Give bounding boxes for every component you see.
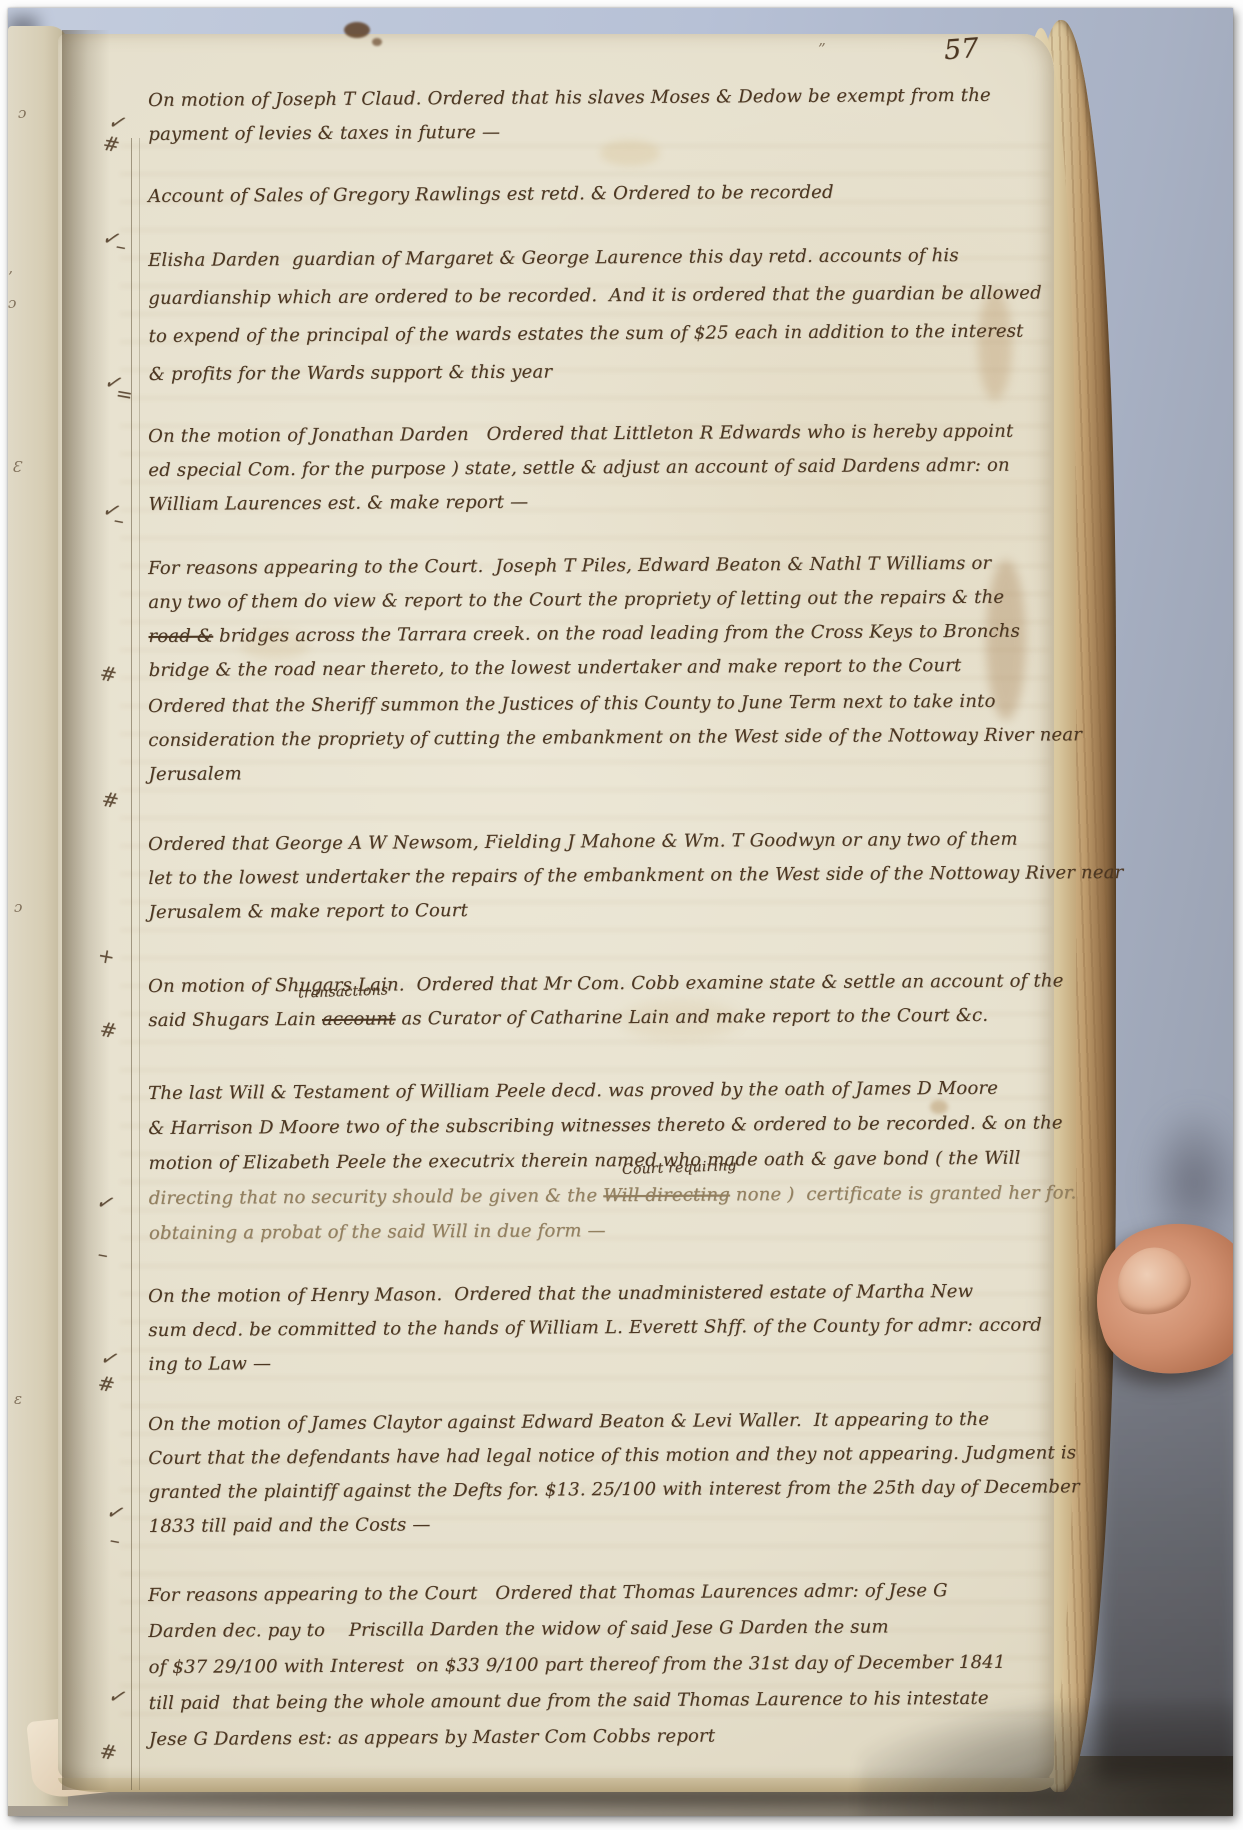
manuscript-paragraph: On the motion of Henry Mason. Ordered th…: [148, 1275, 1042, 1382]
manuscript-line: On motion of Shugars Lain. Ordered that …: [148, 964, 1064, 1004]
manuscript-paragraph: The last Will & Testament of William Pee…: [148, 1070, 1077, 1251]
struck-text: account: [322, 1008, 396, 1029]
manuscript-paragraph: Account of Sales of Gregory Rawlings est…: [148, 176, 834, 214]
edge-ink-scribble: Ɛ: [12, 458, 21, 476]
manuscript-line: payment of levies & taxes in future —: [148, 113, 991, 152]
manuscript-line: sum decd. be committed to the hands of W…: [148, 1309, 1042, 1348]
manuscript-line: Jerusalem & make report to Court: [148, 890, 1123, 930]
page-number: 57: [943, 33, 980, 66]
manuscript-line: of $37 29/100 with Interest on $33 9/100…: [148, 1645, 1005, 1686]
manuscript-line: bridge & the road near thereto, to the l…: [149, 649, 1021, 688]
edge-ink-scribble: ɔ: [14, 898, 22, 916]
manuscript-line: For reasons appearing to the Court Order…: [148, 1573, 1005, 1614]
struck-text: Will directing: [603, 1184, 730, 1206]
manuscript-line: William Laurences est. & make report —: [148, 483, 1014, 522]
manuscript-line: Jerusalem: [148, 752, 1082, 792]
edge-ink-scribble: ɔ: [18, 104, 26, 122]
manuscript-paragraph: On the motion of James Claytor against E…: [148, 1402, 1080, 1544]
gutter-shadow: [62, 30, 110, 1790]
manuscript-line: On the motion of Henry Mason. Ordered th…: [148, 1275, 1042, 1314]
manuscript-line: & Harrison D Moore two of the subscribin…: [148, 1105, 1076, 1146]
struck-text: road &: [148, 626, 213, 647]
manuscript-line: ing to Law —: [148, 1343, 1042, 1382]
manuscript-line: motion of Elizabeth Peele the executrix …: [148, 1140, 1076, 1181]
edge-ink-scribble: ”: [818, 40, 826, 58]
manuscript-line: granted the plaintiff against the Defts …: [148, 1470, 1079, 1510]
interlineation-text: transactions: [298, 982, 389, 1001]
manuscript-paragraph: On motion of Joseph T Claud. Ordered tha…: [148, 79, 991, 152]
manuscript-line: On the motion of Jonathan Darden Ordered…: [148, 415, 1014, 454]
manuscript-line: On motion of Joseph T Claud. Ordered tha…: [148, 79, 991, 118]
manuscript-paragraph: Ordered that George A W Newsom, Fielding…: [148, 822, 1124, 930]
manuscript-line: & profits for the Wards support & this y…: [149, 351, 1043, 394]
manuscript-line: Ordered that the Sheriff summon the Just…: [148, 684, 1082, 724]
manuscript-line: Elisha Darden guardian of Margaret & Geo…: [148, 237, 1042, 280]
manuscript-line: 1833 till paid and the Costs —: [149, 1504, 1080, 1544]
manuscript-line: to expend of the principal of the wards …: [148, 313, 1042, 356]
manuscript-line: any two of them do view & report to the …: [148, 581, 1020, 620]
manuscript-line: obtaining a probat of the said Will in d…: [149, 1210, 1077, 1251]
manuscript-paragraph: Elisha Darden guardian of Margaret & Geo…: [148, 237, 1042, 394]
manuscript-paragraph: On the motion of Jonathan Darden Ordered…: [148, 415, 1014, 522]
manuscript-line: guardianship which are ordered to be rec…: [148, 275, 1042, 318]
photo-content-layer: 57 On motion of Joseph T Claud. Ordered …: [8, 8, 1233, 1816]
manuscript-line: For reasons appearing to the Court. Jose…: [148, 547, 1020, 586]
manuscript-line: directing that no security should be giv…: [149, 1175, 1077, 1216]
manuscript-line: Account of Sales of Gregory Rawlings est…: [148, 176, 834, 214]
manuscript-paragraph: For reasons appearing to the Court. Jose…: [148, 547, 1020, 688]
manuscript-paragraph: Ordered that the Sheriff summon the Just…: [148, 684, 1082, 792]
photograph-of-court-record-page: 57 On motion of Joseph T Claud. Ordered …: [8, 8, 1233, 1816]
manuscript-line: Court that the defendants have had legal…: [148, 1436, 1079, 1476]
manuscript-line: road & bridges across the Tarrara creek.…: [148, 615, 1020, 654]
manuscript-line: On the motion of James Claytor against E…: [148, 1402, 1079, 1442]
manuscript-paragraph: On motion of Shugars Lain. Ordered that …: [148, 964, 1064, 1038]
hand-shadow-right-edge: [1095, 1360, 1233, 1780]
edge-ink-scribble: ɔ: [8, 294, 16, 312]
manuscript-line: consideration the propriety of cutting t…: [148, 718, 1082, 758]
edge-ink-scribble: ɛ: [14, 1390, 22, 1408]
manuscript-line: Darden dec. pay to Priscilla Darden the …: [148, 1609, 1005, 1650]
manuscript-line: The last Will & Testament of William Pee…: [148, 1070, 1076, 1111]
manuscript-line: said Shugars Lain account as Curator of …: [148, 998, 1064, 1038]
manuscript-line: let to the lowest undertaker the repairs…: [148, 856, 1123, 896]
manuscript-line: ed special Com. for the purpose ) state,…: [148, 449, 1014, 488]
edge-ink-scribble: ’: [8, 268, 13, 286]
